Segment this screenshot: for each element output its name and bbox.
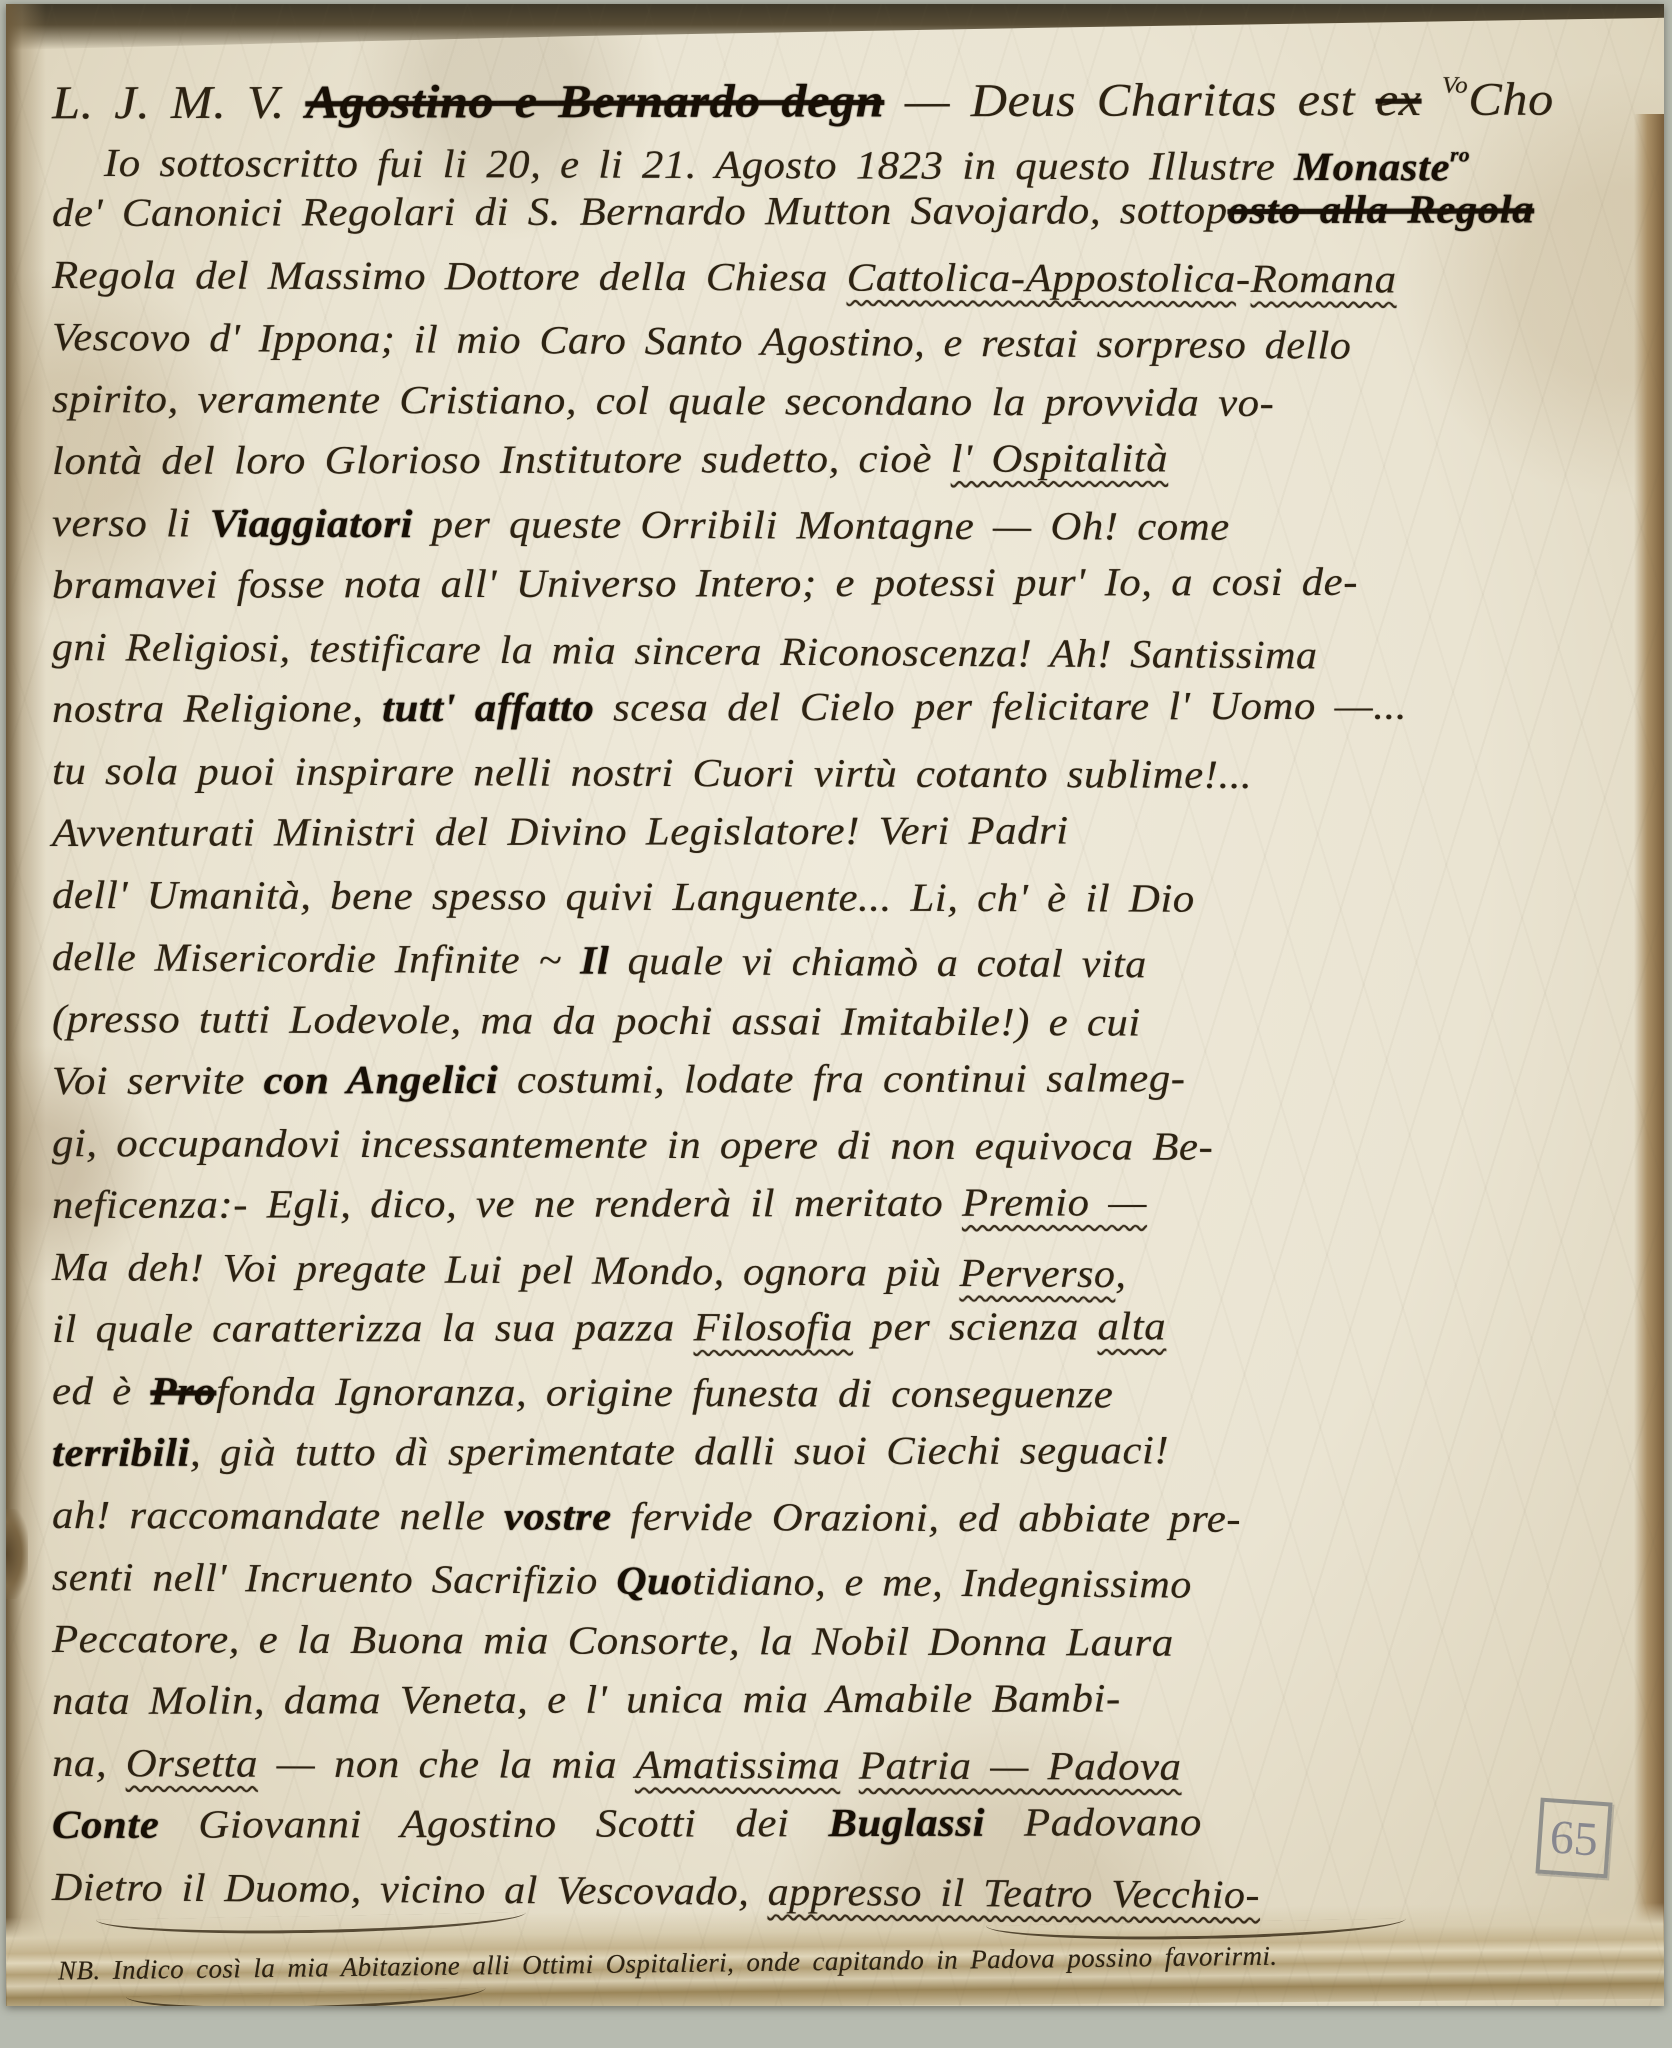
manuscript-line: verso li Viaggiatori per queste Orribili… [52,492,1664,559]
book-top-edge [6,4,1664,50]
manuscript-line: bramavei fosse nota all' Universo Intero… [52,550,1664,616]
manuscript-line: Conte Giovanni Agostino Scotti dei Bugla… [52,1790,1664,1856]
manuscript-page: L. J. M. V. Agostino e Bernardo degn — D… [6,4,1664,2006]
book-binding-left [6,4,46,2006]
paper-tear-spot [6,1154,36,1294]
manuscript-line: Peccatore, e la Buona mia Consorte, la N… [52,1608,1664,1675]
scanned-manuscript: { "palette": { "paper": "#eae4d2", "ink"… [0,0,1672,2048]
manuscript-line: na, Orsetta — non che la mia Amatissima … [52,1732,1664,1799]
manuscript-line: lontà del loro Glorioso Institutore sude… [52,426,1664,492]
manuscript-line: spirito, veramente Cristiano, col quale … [52,368,1664,435]
manuscript-line: neficenza:- Egli, dico, ve ne renderà il… [52,1170,1664,1236]
page-number-value: 65 [1548,1809,1600,1867]
page-number-badge: 65 [1535,1798,1612,1879]
manuscript-line: Voi servite con Angelici costumi, lodate… [52,1046,1664,1112]
manuscript-line: ed è Profonda Ignoranza, origine funesta… [52,1360,1664,1427]
manuscript-line: (presso tutti Lodevole, ma da pochi assa… [52,988,1664,1055]
paper-tear-spot-2 [6,1509,28,1599]
manuscript-line: Avventurati Ministri del Divino Legislat… [52,798,1664,864]
manuscript-line: nostra Religione, tutt' affatto scesa de… [52,674,1664,740]
manuscript-line: L. J. M. V. Agostino e Bernardo degn — D… [52,54,1664,120]
manuscript-line: gi, occupandovi incessantemente in opere… [52,1112,1664,1179]
manuscript-line: Io sottoscritto fui li 20, e li 21. Agos… [104,120,1664,187]
manuscript-line: de' Canonici Regolari di S. Bernardo Mut… [52,178,1664,244]
manuscript-line: nata Molin, dama Veneta, e l' unica mia … [52,1666,1664,1732]
manuscript-line: tu sola puoi inspirare nelli nostri Cuor… [52,740,1664,807]
manuscript-line: ah! raccomandate nelle vostre fervide Or… [52,1484,1664,1551]
manuscript-text: L. J. M. V. Agostino e Bernardo degn — D… [52,58,1600,1918]
manuscript-line: Regola del Massimo Dottore della Chiesa … [52,244,1664,311]
manuscript-line: dell' Umanità, bene spesso quivi Languen… [52,864,1664,931]
manuscript-line: il quale caratterizza la sua pazza Filos… [52,1294,1664,1360]
manuscript-line: terribili, già tutto dì sperimentate dal… [52,1418,1664,1484]
